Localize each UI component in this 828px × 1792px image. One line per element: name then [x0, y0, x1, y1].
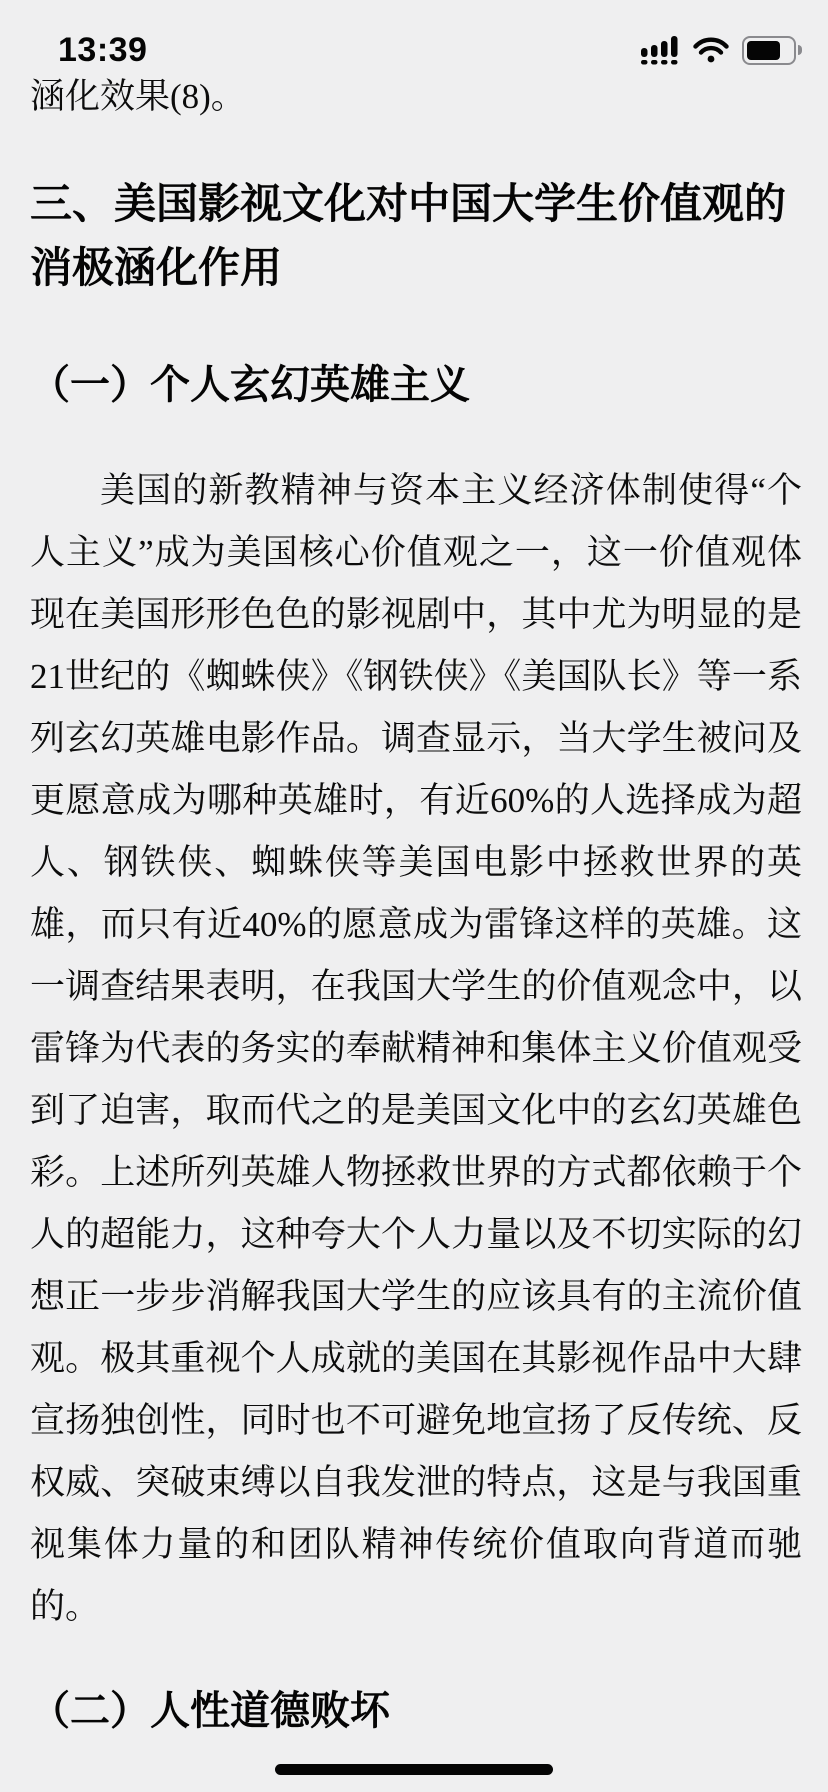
- section-heading: 三、美国影视文化对中国大学生价值观的消极涵化作用: [30, 172, 802, 300]
- paragraph-1: 美国的新教精神与资本主义经济体制使得“个人主义”成为美国核心价值观之一，这一价值…: [30, 460, 802, 1638]
- subsection-2-heading: （二）人性道德败坏: [30, 1682, 802, 1740]
- subsection-1-heading: （一）个人玄幻英雄主义: [30, 356, 802, 414]
- home-indicator[interactable]: [275, 1764, 553, 1775]
- article-content[interactable]: 涵化效果(8)。 三、美国影视文化对中国大学生价值观的消极涵化作用 （一）个人玄…: [0, 0, 828, 1792]
- paragraph-tail: 涵化效果(8)。: [30, 66, 802, 128]
- phone-screen: 13:39: [0, 0, 828, 1792]
